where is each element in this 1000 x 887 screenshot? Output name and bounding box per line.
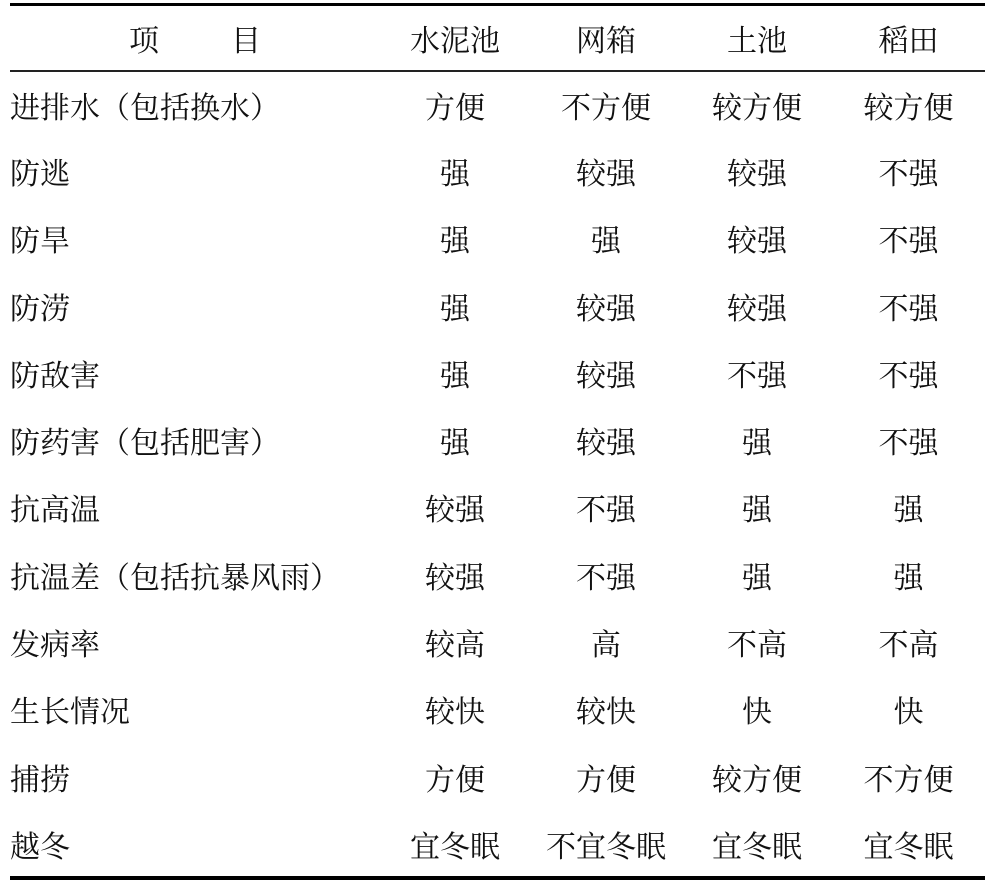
cell-cement-pond: 强 bbox=[380, 406, 530, 473]
row-item-label: 发病率 bbox=[10, 608, 380, 675]
row-item-label: 防逃 bbox=[10, 137, 380, 204]
cell-net-cage: 不方便 bbox=[530, 70, 682, 137]
table-row: 防旱 强 强 较强 不强 bbox=[10, 205, 985, 272]
cell-cement-pond: 较强 bbox=[380, 474, 530, 541]
cell-paddy-field: 快 bbox=[832, 676, 985, 743]
cell-paddy-field: 不强 bbox=[832, 406, 985, 473]
cell-net-cage: 较强 bbox=[530, 272, 682, 339]
row-item-label: 防药害（包括肥害） bbox=[10, 406, 380, 473]
cell-cement-pond: 方便 bbox=[380, 743, 530, 810]
table-row: 进排水（包括换水） 方便 不方便 较方便 较方便 bbox=[10, 70, 985, 137]
pond-type-comparison-table: 项目 水泥池 网箱 土池 稻田 进排水（包括换水） 方便 不方便 较方便 较方便… bbox=[10, 6, 985, 878]
table-row: 防药害（包括肥害） 强 较强 强 不强 bbox=[10, 406, 985, 473]
cell-net-cage: 较强 bbox=[530, 406, 682, 473]
cell-earth-pond: 较强 bbox=[682, 272, 832, 339]
cell-net-cage: 方便 bbox=[530, 743, 682, 810]
row-item-label: 抗温差（包括抗暴风雨） bbox=[10, 541, 380, 608]
cell-paddy-field: 宜冬眠 bbox=[832, 810, 985, 877]
cell-cement-pond: 较强 bbox=[380, 541, 530, 608]
cell-cement-pond: 强 bbox=[380, 137, 530, 204]
cell-earth-pond: 快 bbox=[682, 676, 832, 743]
cell-paddy-field: 不强 bbox=[832, 339, 985, 406]
cell-paddy-field: 不高 bbox=[832, 608, 985, 675]
cell-net-cage: 高 bbox=[530, 608, 682, 675]
cell-net-cage: 强 bbox=[530, 205, 682, 272]
row-item-label: 生长情况 bbox=[10, 676, 380, 743]
table-row: 越冬 宜冬眠 不宜冬眠 宜冬眠 宜冬眠 bbox=[10, 810, 985, 877]
cell-cement-pond: 强 bbox=[380, 339, 530, 406]
cell-paddy-field: 不方便 bbox=[832, 743, 985, 810]
cell-net-cage: 较快 bbox=[530, 676, 682, 743]
row-item-label: 防旱 bbox=[10, 205, 380, 272]
cell-paddy-field: 强 bbox=[832, 474, 985, 541]
cell-net-cage: 不强 bbox=[530, 541, 682, 608]
cell-cement-pond: 方便 bbox=[380, 70, 530, 137]
table-header-row: 项目 水泥池 网箱 土池 稻田 bbox=[10, 6, 985, 70]
cell-cement-pond: 强 bbox=[380, 205, 530, 272]
cell-earth-pond: 宜冬眠 bbox=[682, 810, 832, 877]
table-row: 生长情况 较快 较快 快 快 bbox=[10, 676, 985, 743]
row-item-label: 越冬 bbox=[10, 810, 380, 877]
cell-paddy-field: 不强 bbox=[832, 272, 985, 339]
cell-cement-pond: 强 bbox=[380, 272, 530, 339]
table-row: 防敌害 强 较强 不强 不强 bbox=[10, 339, 985, 406]
cell-cement-pond: 宜冬眠 bbox=[380, 810, 530, 877]
cell-net-cage: 不强 bbox=[530, 474, 682, 541]
cell-earth-pond: 不强 bbox=[682, 339, 832, 406]
cell-earth-pond: 较强 bbox=[682, 205, 832, 272]
table-row: 发病率 较高 高 不高 不高 bbox=[10, 608, 985, 675]
header-net-cage: 网箱 bbox=[530, 6, 682, 70]
cell-paddy-field: 较方便 bbox=[832, 70, 985, 137]
cell-net-cage: 不宜冬眠 bbox=[530, 810, 682, 877]
row-item-label: 抗高温 bbox=[10, 474, 380, 541]
cell-cement-pond: 较快 bbox=[380, 676, 530, 743]
table-row: 防逃 强 较强 较强 不强 bbox=[10, 137, 985, 204]
row-item-label: 进排水（包括换水） bbox=[10, 70, 380, 137]
header-earth-pond: 土池 bbox=[682, 6, 832, 70]
header-paddy-field: 稻田 bbox=[832, 6, 985, 70]
cell-earth-pond: 较强 bbox=[682, 137, 832, 204]
cell-cement-pond: 较高 bbox=[380, 608, 530, 675]
cell-paddy-field: 不强 bbox=[832, 137, 985, 204]
cell-net-cage: 较强 bbox=[530, 339, 682, 406]
cell-earth-pond: 不高 bbox=[682, 608, 832, 675]
table-row: 捕捞 方便 方便 较方便 不方便 bbox=[10, 743, 985, 810]
table-row: 抗温差（包括抗暴风雨） 较强 不强 强 强 bbox=[10, 541, 985, 608]
cell-paddy-field: 不强 bbox=[832, 205, 985, 272]
row-item-label: 捕捞 bbox=[10, 743, 380, 810]
table-row: 防涝 强 较强 较强 不强 bbox=[10, 272, 985, 339]
header-item-part2: 目 bbox=[231, 24, 261, 59]
row-item-label: 防涝 bbox=[10, 272, 380, 339]
cell-paddy-field: 强 bbox=[832, 541, 985, 608]
cell-earth-pond: 强 bbox=[682, 474, 832, 541]
table-row: 抗高温 较强 不强 强 强 bbox=[10, 474, 985, 541]
header-cement-pond: 水泥池 bbox=[380, 6, 530, 70]
header-item-part1: 项 bbox=[129, 24, 159, 59]
cell-net-cage: 较强 bbox=[530, 137, 682, 204]
cell-earth-pond: 强 bbox=[682, 406, 832, 473]
cell-earth-pond: 强 bbox=[682, 541, 832, 608]
cell-earth-pond: 较方便 bbox=[682, 70, 832, 137]
header-item: 项目 bbox=[10, 6, 380, 70]
cell-earth-pond: 较方便 bbox=[682, 743, 832, 810]
row-item-label: 防敌害 bbox=[10, 339, 380, 406]
